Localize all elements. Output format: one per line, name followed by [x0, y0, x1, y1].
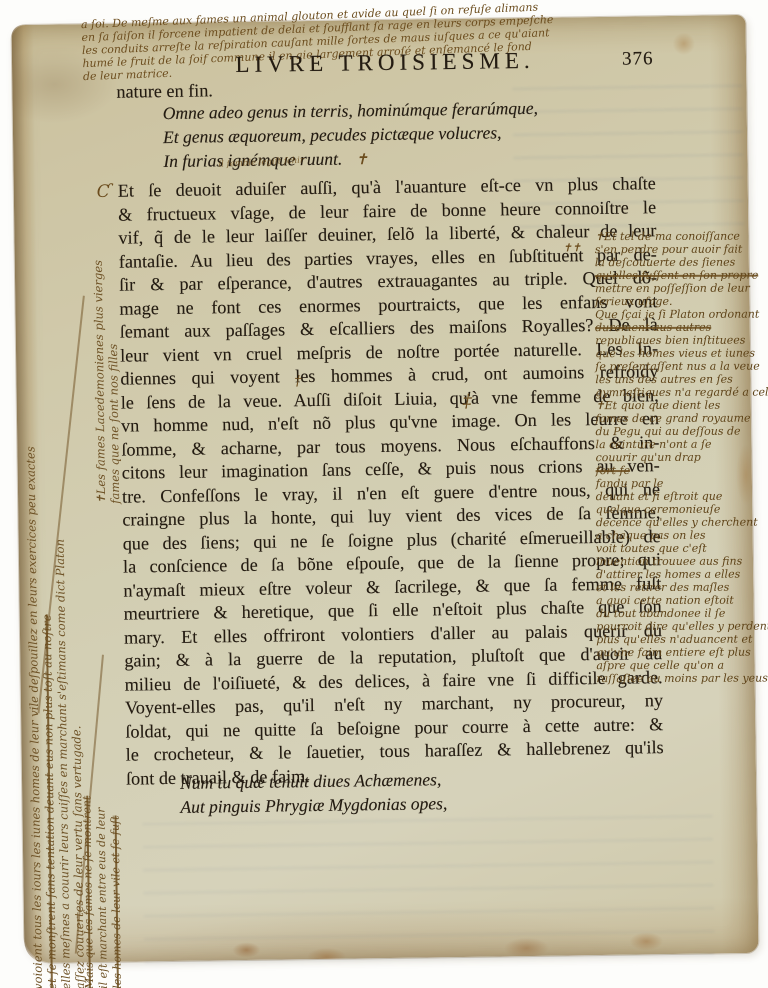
annotation-line: fandu par le: [596, 477, 768, 491]
annotation-line: durement aus autres: [595, 321, 768, 335]
paragraph-start-ink-mark: Ƈ: [97, 182, 110, 202]
annotation-line: du Pegu qui au deſſous de: [595, 425, 768, 439]
annotation-line: deuant et ſi eſtroit que: [596, 490, 768, 504]
annotation-line: couurir qu'un drap: [596, 451, 768, 465]
page-number: 376: [622, 48, 654, 70]
annotation-line: gymnaſtiques n'a regardé a cela: [595, 386, 768, 400]
annotation-line: d'attirer les homes a elles: [596, 568, 768, 582]
annotation-line: a quoi cette nation eſtoit: [596, 594, 768, 608]
annotation-line: pourroit dire qu'elles y perdent: [596, 620, 768, 634]
annotation-line: plus qu'elles n'aduancent et: [596, 633, 768, 647]
annotation-line: qu'elles fuſſent en ſon propre: [595, 269, 768, 283]
annotation-line: decence qu'elles y cherchent: [596, 516, 768, 530]
annotation-line: raſſaſiee au moins par les yeus.: [596, 672, 768, 686]
verso-show-through: [143, 805, 715, 963]
annotation-line: voit toutes que c'eſt: [596, 542, 768, 556]
annotation-line: ✝Et quoi que dient les: [595, 399, 768, 413]
caret-mark-after-veue: †: [294, 373, 301, 389]
annotation-line: ſe preſentaſſent nus a la veue: [595, 360, 768, 374]
annotation-line: les uns des autres en ſes: [595, 373, 768, 387]
annotation-line: du tout abandonee il ſe: [596, 607, 768, 621]
left-margin-annotation-outer: voioient tous les iours les iunes homes …: [18, 49, 87, 988]
opening-line: nature en fin.: [116, 80, 213, 102]
verse-line: Aut pinguis Phrygiæ Mygdonias opes,: [180, 791, 447, 819]
annotation-line: fames de ce grand royaume: [595, 412, 768, 426]
annotation-line: que les homes vieus et iunes: [595, 347, 768, 361]
annotation-line: Que ſçai je ſi Platon ordonant: [595, 308, 768, 322]
annotation-line: inuention trouuee aus fins: [596, 555, 768, 569]
cross-mark-after-image: ‡: [463, 391, 472, 412]
annotation-line: la deſcouuerte des ſienes: [595, 256, 768, 270]
annotation-line: ſerieux uſage.: [595, 295, 768, 309]
annotation-line: et les retirer des maſles: [596, 581, 768, 595]
annotation-line: s'en perdre pour auoir fait: [595, 243, 768, 257]
left-margin-annotation-inner: ✝Les fames Lacedemonienes plus viergesfa…: [90, 234, 122, 504]
annotation-line: republiques bien inſtituees: [595, 334, 768, 348]
annotation-line: aſpre que celle qu'on a: [596, 659, 768, 673]
latin-verse-horace: Num tu quæ tenuit diues Achæmenes,Aut pi…: [180, 767, 448, 819]
annotation-line: qu'une faim entiere eſt plus: [596, 646, 768, 660]
annotation-line: quelque ceremonieuſe: [596, 503, 768, 517]
page-sheet: a ſoi. De meſme aux fames un animal glou…: [11, 15, 758, 963]
annotation-line: la ceinture n'ont a ſe: [596, 438, 768, 452]
annotation-line: a chaque pas on les: [596, 529, 768, 543]
annotation-line: mettre en poſſeſſion de leur: [595, 282, 768, 296]
cross-mark-after-ruunt: ✝: [355, 150, 368, 168]
main-paragraph: Et ſe deuoit aduiſer auſſi, qu'à l'auant…: [118, 172, 664, 790]
annotation-line: ✝Et tel de ma conoiſſance: [595, 230, 768, 244]
photographed-page: a ſoi. De meſme aux fames un animal glou…: [0, 0, 768, 988]
right-margin-annotation: ✝Et tel de ma conoiſſances'en perdre pou…: [595, 230, 768, 686]
annotation-line: fort fe: [596, 464, 768, 478]
cross-mark-after-triple: ✝✝: [563, 241, 582, 254]
